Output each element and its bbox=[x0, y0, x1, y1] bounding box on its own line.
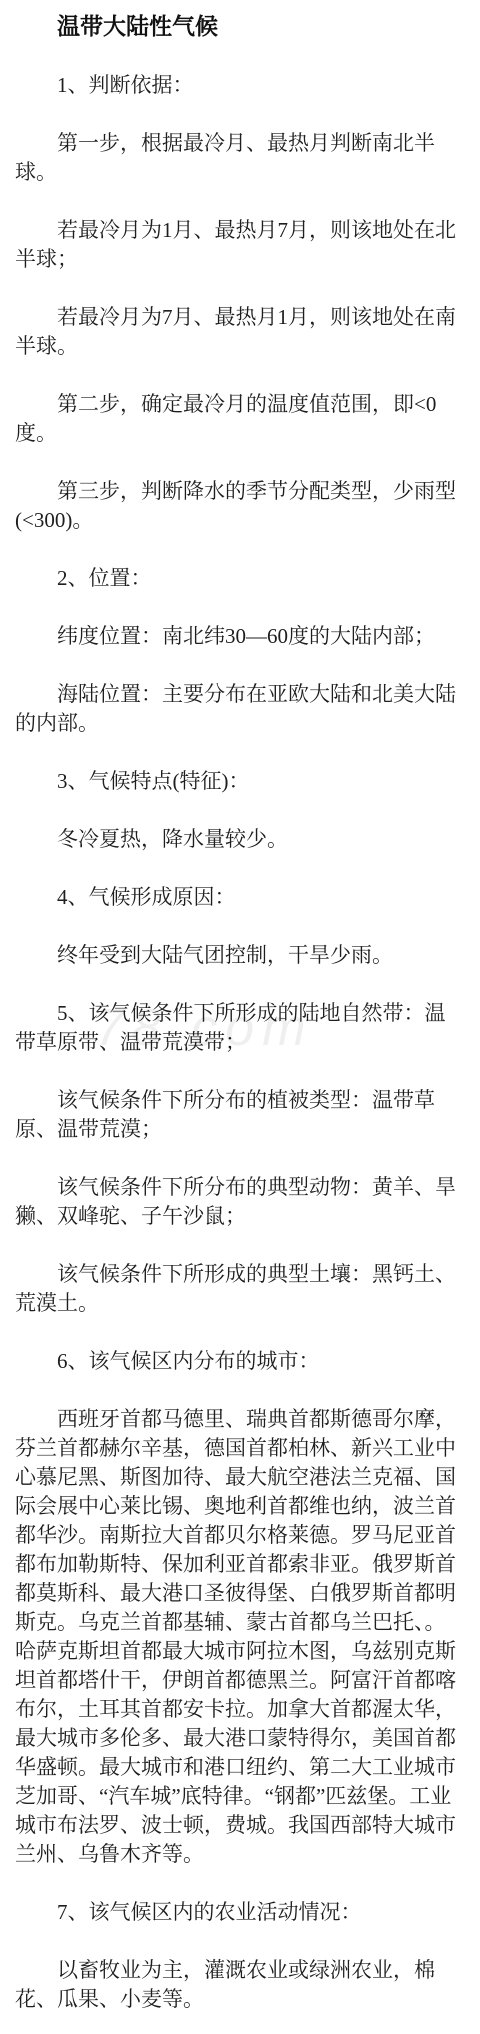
paragraph: 4、气候形成原因： bbox=[15, 883, 465, 912]
paragraph: 若最冷月为1月、最热月7月，则该地处在北半球； bbox=[15, 216, 465, 274]
paragraph: 冬冷夏热，降水量较少。 bbox=[15, 825, 465, 854]
paragraph: 该气候条件下所分布的典型动物：黄羊、旱獭、双峰驼、子午沙鼠； bbox=[15, 1173, 465, 1231]
document-page: 温带大陆性气候 1、判断依据： 第一步，根据最冷月、最热月判断南北半球。 若最冷… bbox=[0, 0, 480, 2034]
paragraph: 该气候条件下所形成的典型土壤：黑钙土、荒漠土。 bbox=[15, 1260, 465, 1318]
paragraph: 终年受到大陆气团控制，干旱少雨。 bbox=[15, 941, 465, 970]
paragraph: 3、气候特点(特征)： bbox=[15, 767, 465, 796]
paragraph: 该气候条件下所分布的植被类型：温带草原、温带荒漠； bbox=[15, 1086, 465, 1144]
paragraph: 以畜牧业为主，灌溉农业或绿洲农业，棉花、瓜果、小麦等。 bbox=[15, 1956, 465, 2014]
paragraph: 7、该气候区内的农业活动情况： bbox=[15, 1898, 465, 1927]
paragraph: 5、该气候条件下所形成的陆地自然带：温带草原带、温带荒漠带； bbox=[15, 999, 465, 1057]
paragraph: 纬度位置：南北纬30—60度的大陆内部； bbox=[15, 622, 465, 651]
paragraph: 2、位置： bbox=[15, 564, 465, 593]
page-title: 温带大陆性气候 bbox=[15, 12, 465, 42]
paragraph: 若最冷月为7月、最热月1月，则该地处在南半球。 bbox=[15, 303, 465, 361]
paragraph: 第一步，根据最冷月、最热月判断南北半球。 bbox=[15, 129, 465, 187]
paragraph: 第三步，判断降水的季节分配类型，少雨型(<300)。 bbox=[15, 477, 465, 535]
paragraph: 西班牙首都马德里、瑞典首都斯德哥尔摩，芬兰首都赫尔辛基，德国首都柏林、新兴工业中… bbox=[15, 1405, 465, 1869]
paragraph: 第二步，确定最冷月的温度值范围，即<0度。 bbox=[15, 390, 465, 448]
paragraph: 6、该气候区内分布的城市： bbox=[15, 1347, 465, 1376]
paragraph: 海陆位置：主要分布在亚欧大陆和北美大陆的内部。 bbox=[15, 680, 465, 738]
paragraph: 1、判断依据： bbox=[15, 71, 465, 100]
